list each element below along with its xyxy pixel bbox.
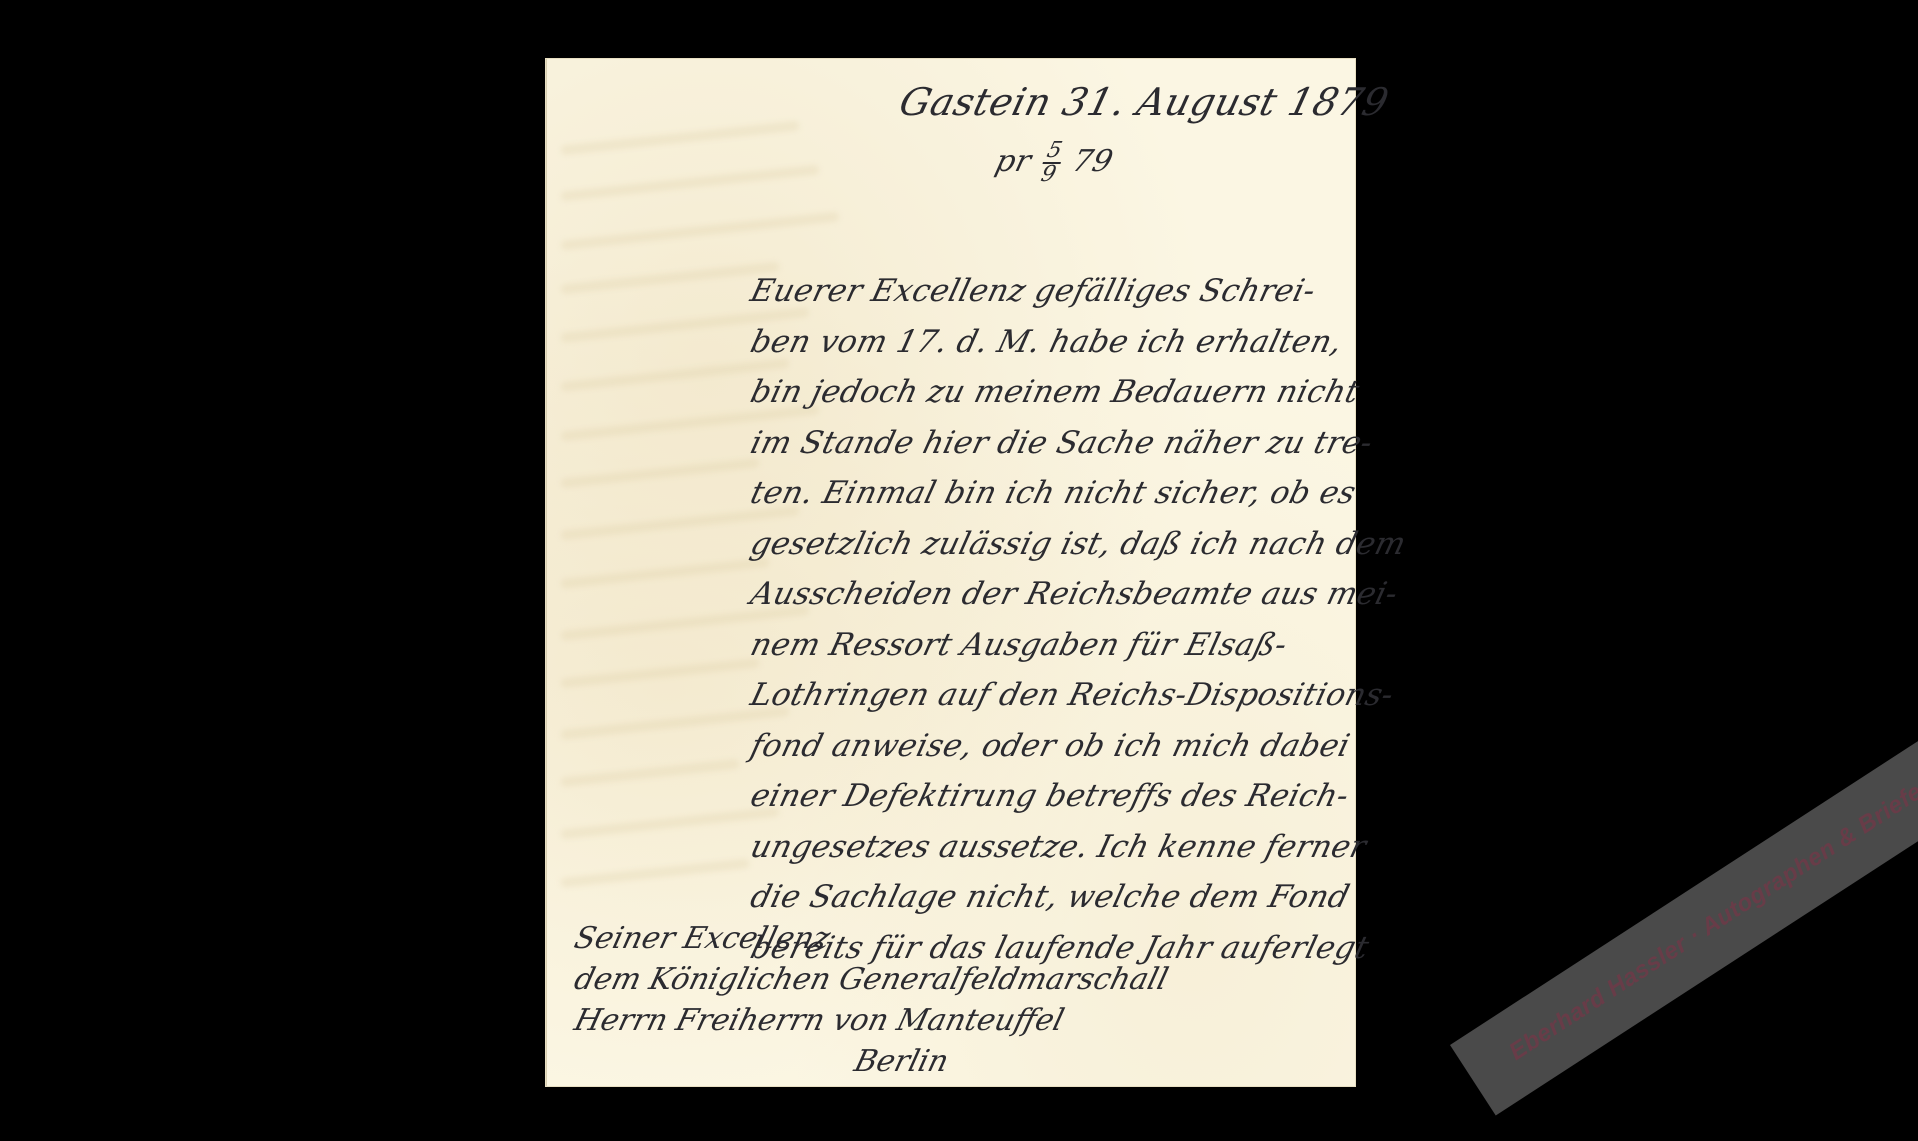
address-city: Berlin: [570, 1041, 1140, 1082]
bleed-through-mark: [560, 164, 820, 201]
body-line: einer Defektirung betreffs des Reich-: [745, 771, 1338, 822]
bleed-through-mark: [560, 858, 750, 888]
bleed-through-mark: [560, 120, 800, 155]
received-note: pr 5 9 79: [990, 140, 1118, 186]
body-line: ungesetzes aussetze. Ich kenne ferner: [745, 822, 1338, 873]
body-line: fond anweise, oder ob ich mich dabei: [745, 721, 1338, 772]
body-line: Ausscheiden der Reichsbeamte aus mei-: [745, 569, 1338, 620]
body-line: nem Ressort Ausgaben für Elsaß-: [745, 620, 1338, 671]
body-line: gesetzlich zulässig ist, daß ich nach de…: [745, 519, 1338, 570]
received-year: 79: [1069, 144, 1117, 179]
watermark-banner: Eberhard Hassler · Autographen & Briefe: [1450, 664, 1918, 1116]
watermark-text: Eberhard Hassler · Autographen & Briefe: [1504, 778, 1918, 1067]
received-date-fraction: 5 9: [1037, 140, 1067, 186]
letter-page: Gastein 31. August 1879 pr 5 9 79 Euerer…: [545, 58, 1356, 1087]
body-line: ben vom 17. d. M. habe ich erhalten,: [745, 317, 1338, 368]
address-line: Herrn Freiherrn von Manteuffel: [570, 1000, 1140, 1041]
body-line: Lothringen auf den Reichs-Dispositions-: [745, 670, 1338, 721]
bleed-through-mark: [560, 658, 760, 689]
bleed-through-mark: [560, 759, 740, 788]
body-line: Euerer Excellenz gefälliges Schrei-: [745, 266, 1338, 317]
letter-dateline: Gastein 31. August 1879: [895, 80, 1393, 124]
recipient-address: Seiner Excellenz dem Königlichen General…: [570, 918, 1130, 1082]
received-prefix: pr: [992, 144, 1035, 179]
bleed-through-mark: [560, 458, 760, 489]
address-line: Seiner Excellenz: [570, 918, 1140, 959]
body-line: ten. Einmal bin ich nicht sicher, ob es: [745, 468, 1338, 519]
body-line: die Sachlage nicht, welche dem Fond: [745, 872, 1338, 923]
image-viewer: Gastein 31. August 1879 pr 5 9 79 Euerer…: [0, 0, 1918, 1141]
body-line: bin jedoch zu meinem Bedauern nicht: [745, 367, 1338, 418]
address-line: dem Königlichen Generalfeldmarschall: [570, 959, 1140, 1000]
received-day: 5: [1042, 140, 1066, 164]
bleed-through-mark: [560, 211, 840, 250]
letter-body: Euerer Excellenz gefälliges Schrei- ben …: [745, 266, 1325, 973]
received-month: 9: [1037, 164, 1061, 186]
body-line: im Stande hier die Sache näher zu tre-: [745, 418, 1338, 469]
bleed-through-mark: [560, 557, 770, 589]
